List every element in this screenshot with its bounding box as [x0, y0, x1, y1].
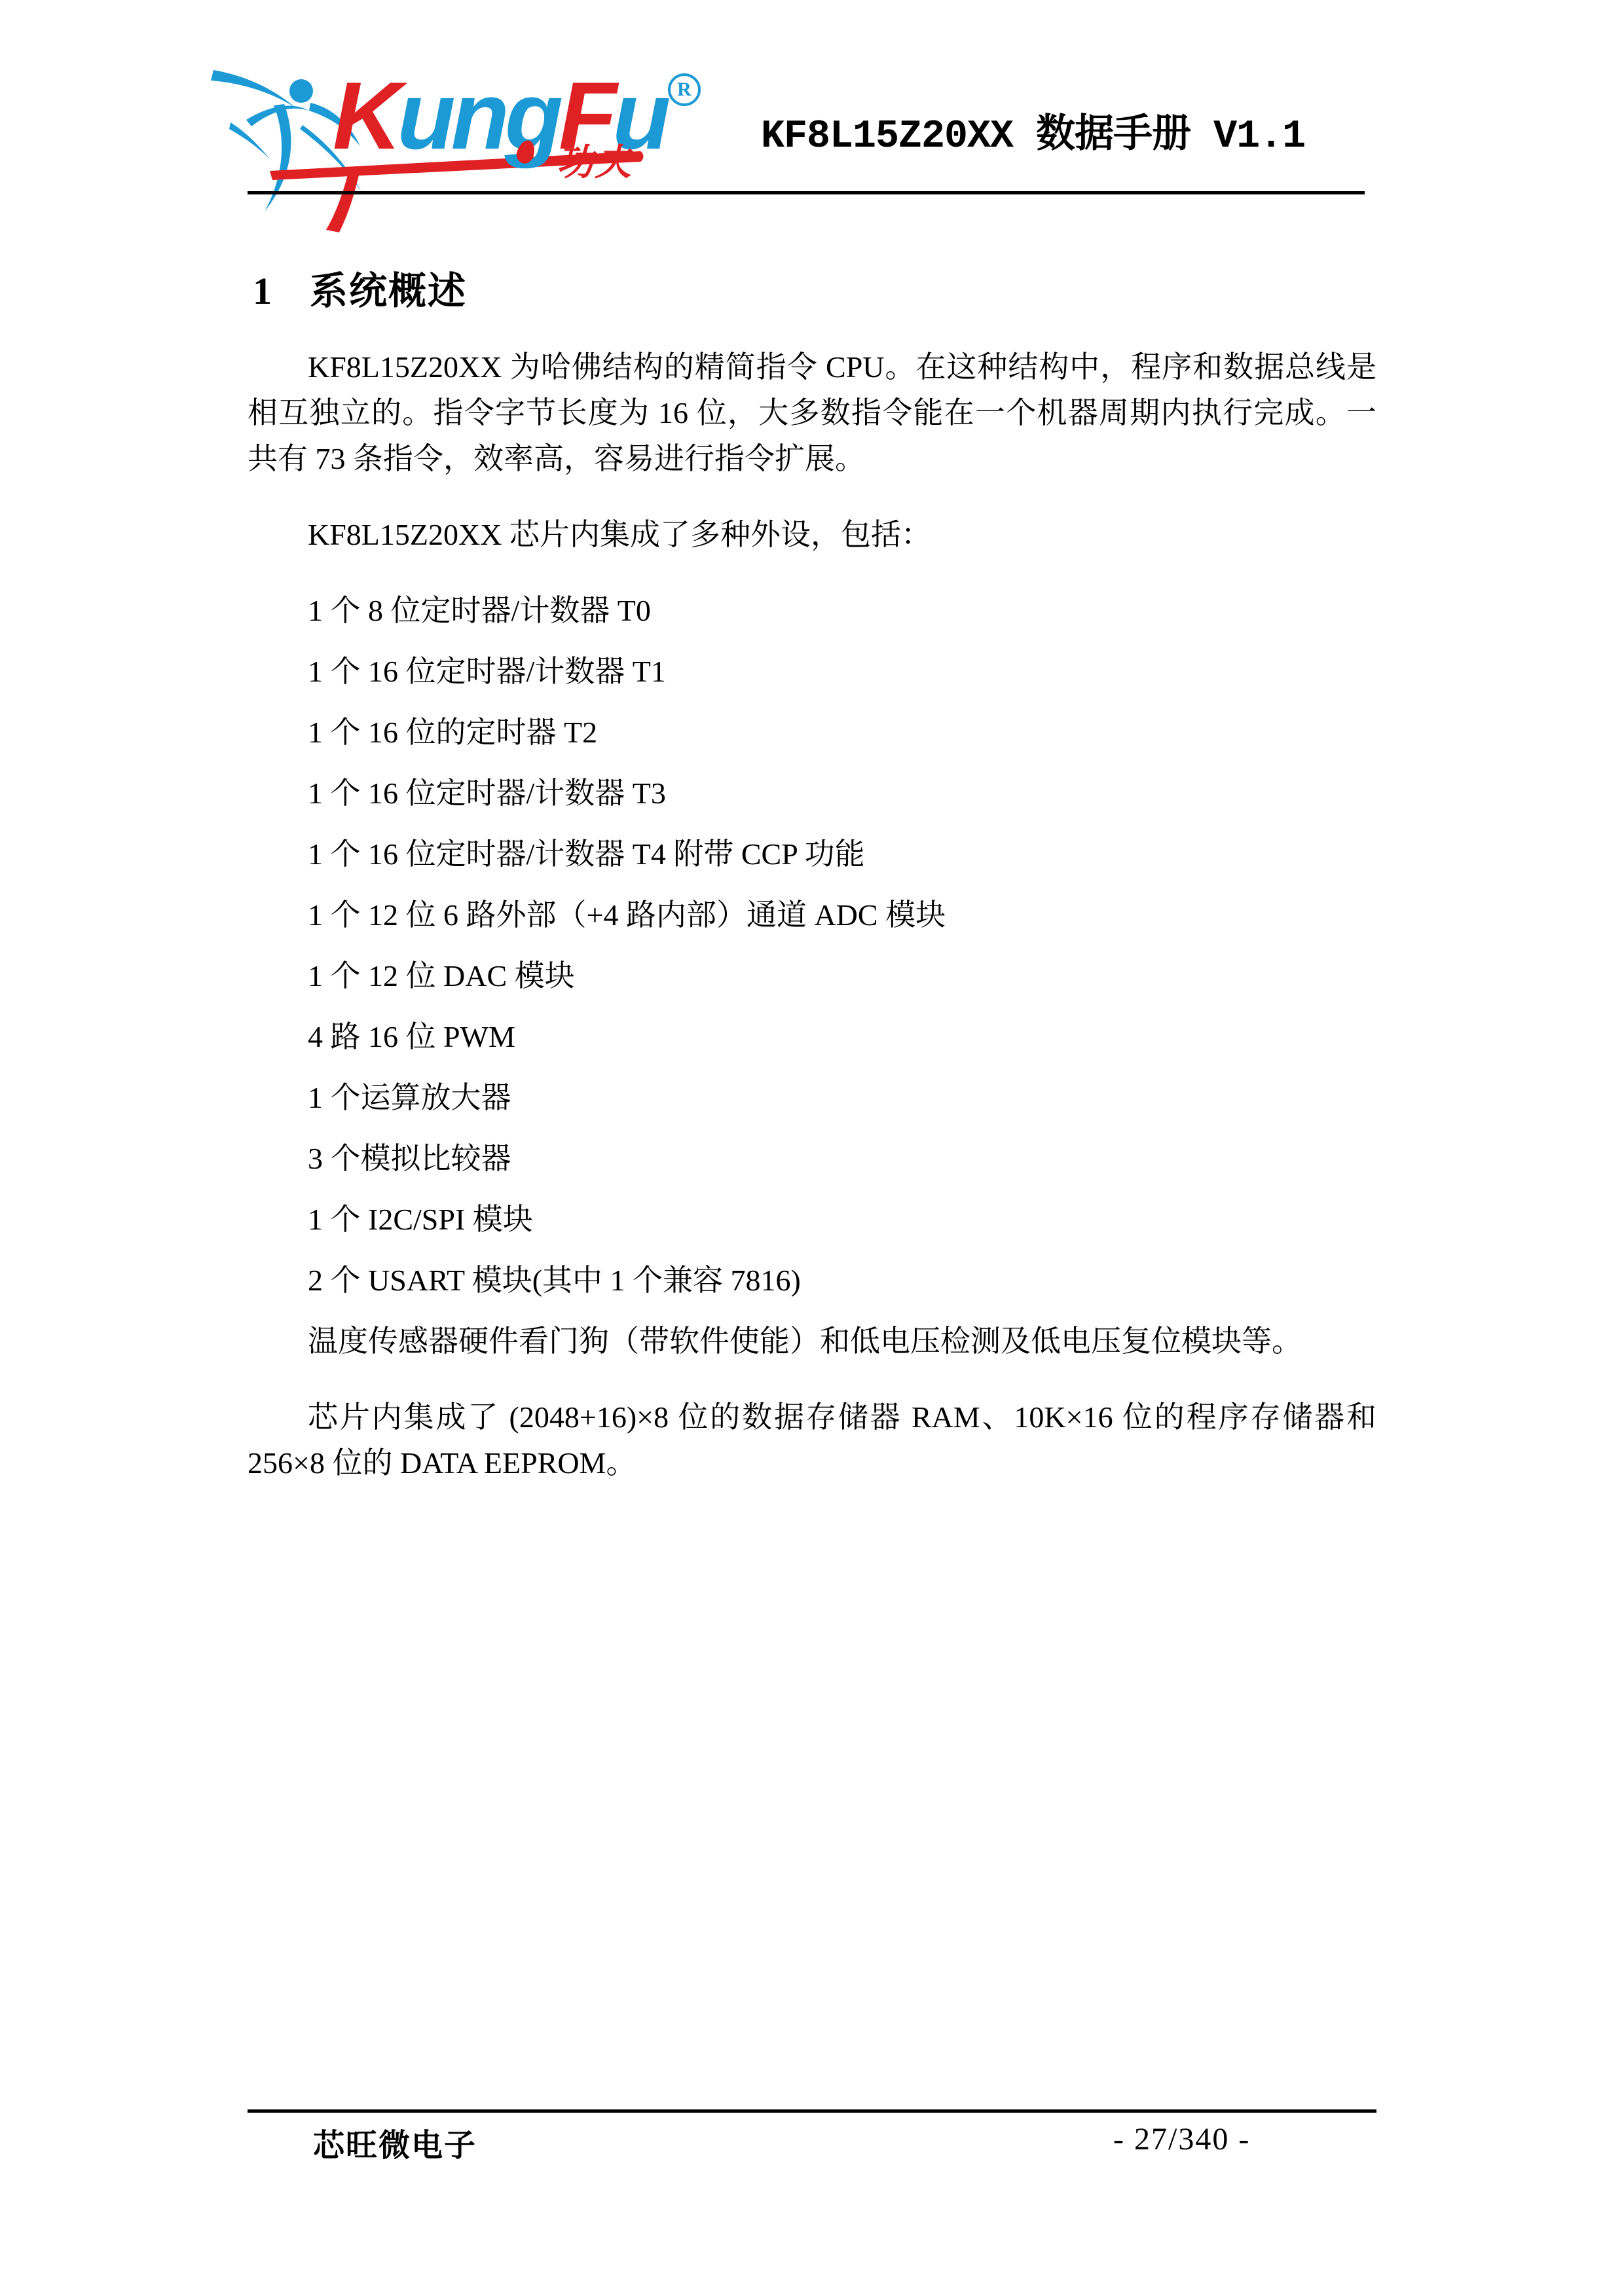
peripheral-item: 3 个模拟比较器 [248, 1136, 1376, 1182]
kungfu-logo: KungFu R 功夫 [210, 63, 720, 240]
peripheral-item: 1 个 12 位 DAC 模块 [248, 953, 1376, 999]
peripheral-item: 4 路 16 位 PWM [248, 1014, 1376, 1060]
document-title: KF8L15Z20XX 数据手册 V1.1 [761, 115, 1305, 158]
section-title: 系统概述 [310, 268, 467, 314]
page-content: 1 系统概述 KF8L15Z20XX 为哈佛结构的精简指令 CPU。在这种结构中… [248, 261, 1376, 1486]
peripheral-item: 1 个 16 位定时器/计数器 T4 附带 CCP 功能 [248, 831, 1376, 877]
section-heading: 1 系统概述 [248, 261, 1376, 314]
peripheral-item: 2 个 USART 模块(其中 1 个兼容 7816) [248, 1258, 1376, 1303]
peripheral-item: 1 个 I2C/SPI 模块 [248, 1197, 1376, 1243]
peripherals-intro-paragraph: KF8L15Z20XX 芯片内集成了多种外设，包括： [248, 512, 1376, 558]
intro-paragraph: KF8L15Z20XX 为哈佛结构的精简指令 CPU。在这种结构中，程序和数据总… [248, 344, 1376, 482]
peripheral-item: 1 个 12 位 6 路外部（+4 路内部）通道 ADC 模块 [248, 892, 1376, 938]
logo-letter-k: K [333, 62, 397, 169]
peripheral-item: 1 个 8 位定时器/计数器 T0 [248, 588, 1376, 634]
footer-page-number: - 27/340 - [1113, 2121, 1250, 2157]
footer-rule [248, 2109, 1376, 2113]
logo-chinese-subtext: 功夫 [557, 144, 633, 181]
peripheral-item: 1 个 16 位定时器/计数器 T3 [248, 771, 1376, 816]
header-rule [248, 191, 1365, 194]
datasheet-page: KungFu R 功夫 KF8L15Z20XX 数据手册 V1.1 1 系统概述… [0, 0, 1624, 2296]
memory-paragraph: 芯片内集成了 (2048+16)×8 位的数据存储器 RAM、10K×16 位的… [248, 1394, 1376, 1486]
peripheral-item: 1 个 16 位定时器/计数器 T1 [248, 649, 1376, 695]
footer-company: 芯旺微电子 [313, 2120, 477, 2165]
peripheral-item: 温度传感器硬件看门狗（带软件使能）和低电压检测及低电压复位模块等。 [248, 1319, 1376, 1364]
peripheral-item: 1 个运算放大器 [248, 1075, 1376, 1121]
peripheral-item: 1 个 16 位的定时器 T2 [248, 710, 1376, 756]
section-number: 1 [253, 268, 272, 314]
registered-trademark-icon: R [668, 73, 701, 106]
logo-letters-ung: ung [397, 62, 559, 169]
